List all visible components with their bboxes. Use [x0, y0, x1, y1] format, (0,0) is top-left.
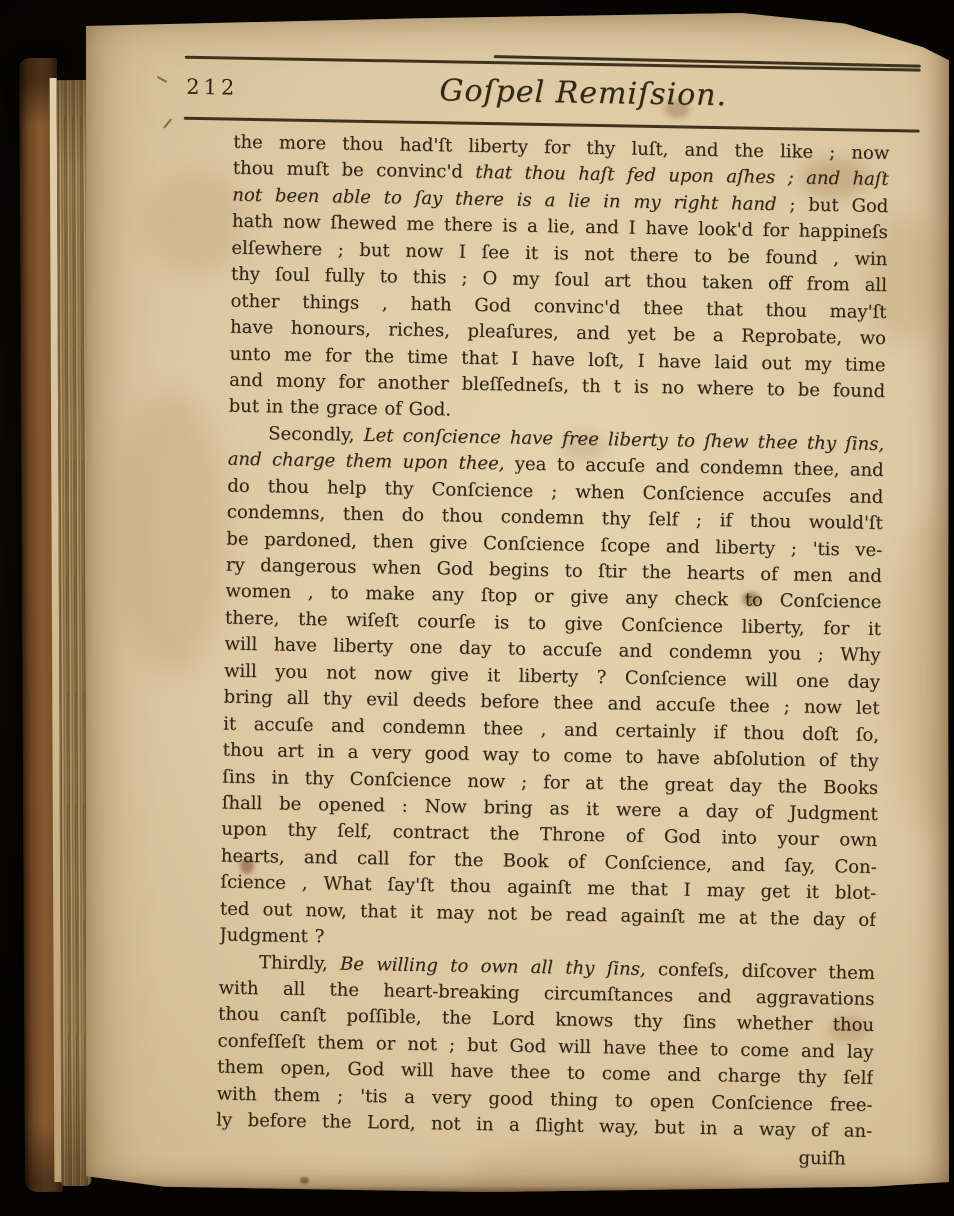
roman-run: Secondly,	[268, 423, 364, 446]
paper-stain	[300, 1177, 309, 1184]
pen-mark	[157, 76, 168, 83]
roman-run: thou muſt be convinc'd	[233, 158, 476, 183]
roman-run: Thirdly,	[259, 952, 340, 974]
roman-run: ; but God	[776, 194, 888, 217]
italic-run: and charge them upon thee,	[228, 449, 515, 475]
italic-run: that thou haſt fed upon aſhes ; and haſt	[475, 162, 889, 190]
roman-run: yea to accuſe and condemn thee, and	[515, 454, 884, 481]
running-header: Goſpel Remiſsion.	[222, 63, 945, 117]
page-header: 212 Goſpel Remiſsion.	[198, 63, 921, 122]
body-text: the more thou had'ſt liberty for thy luſ…	[216, 130, 889, 1146]
roman-run: confeſs, diſcover them	[658, 959, 875, 984]
roman-run: but in the grace of God.	[229, 396, 452, 421]
italic-run: Be willing to own all thy ſins,	[340, 953, 658, 980]
photo-of-book-page: { "palette": { "backdrop": "#050403", "p…	[0, 0, 954, 1216]
book-page: 212 Goſpel Remiſsion. the more thou had'…	[86, 13, 949, 1195]
pen-mark	[163, 118, 172, 129]
printed-content: 212 Goſpel Remiſsion. the more thou had'…	[180, 46, 921, 1173]
roman-run: Judgment ?	[219, 925, 324, 948]
